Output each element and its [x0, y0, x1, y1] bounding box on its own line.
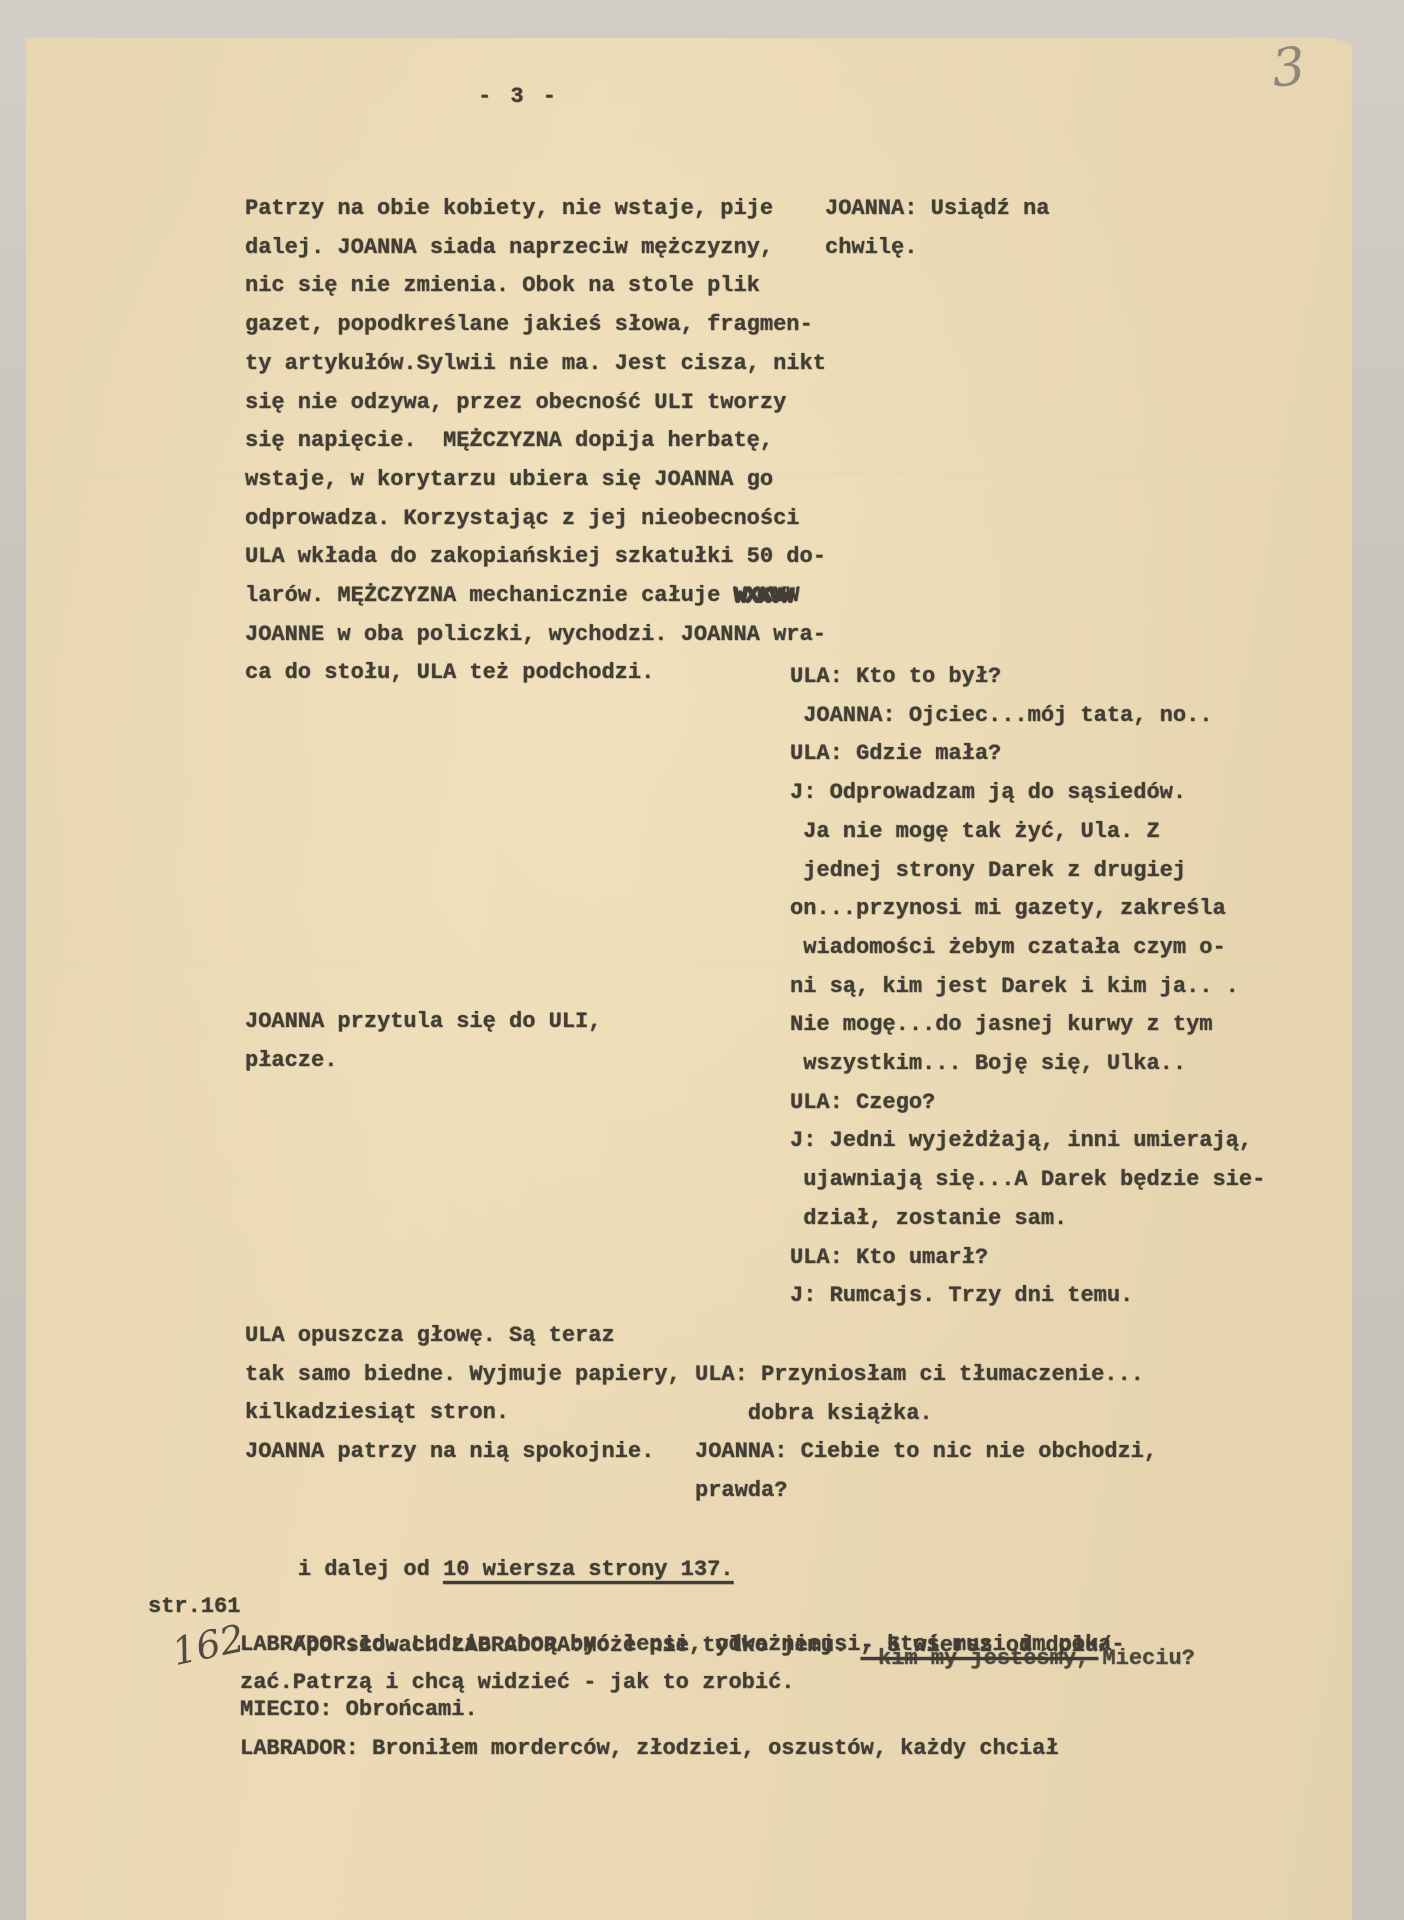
typewritten-line: J: Jedni wyjeżdżają, inni umierają,: [790, 1122, 1265, 1161]
lower-dialogue-right: ULA: Przyniosłam ci tłumaczenie... dobra…: [695, 1356, 1157, 1511]
typewritten-line: J: Odprowadzam ją do sąsiedów.: [790, 774, 1265, 813]
typewritten-line: Ja nie mogę tak żyć, Ula. Z: [790, 813, 1265, 852]
typewritten-line: prawda?: [695, 1472, 1157, 1511]
reference-prefix: i dalej od: [298, 1557, 443, 1582]
typewritten-line: JOANNA: Usiądź na: [825, 190, 1049, 229]
typewritten-line: płacze.: [245, 1042, 601, 1081]
typewritten-line: Patrzy na obie kobiety, nie wstaje, pije: [245, 190, 826, 229]
typewritten-line: ty artykułów.Sylwii nie ma. Jest cisza, …: [245, 345, 826, 384]
typewritten-line: ULA: Kto to był?: [790, 658, 1265, 697]
typewritten-line: jednej strony Darek z drugiej: [790, 852, 1265, 891]
typewritten-line: ULA: Kto umarł?: [790, 1239, 1265, 1278]
paper-sheet: - 3 - 3 Patrzy na obie kobiety, nie wsta…: [26, 38, 1352, 1920]
typewritten-line: ca do stołu, ULA też podchodzi.: [245, 654, 826, 693]
stage-note-left: JOANNA przytula się do ULI,płacze.: [245, 1003, 601, 1080]
typewritten-line: chwilę.: [825, 229, 1049, 268]
handwritten-page-number: 3: [1269, 36, 1308, 99]
typewritten-line: JOANNE w oba policzki, wychodzi. JOANNA …: [245, 616, 826, 655]
typewritten-line: dobra książka.: [695, 1395, 1157, 1434]
typewritten-line: wstaje, w korytarzu ubiera się JOANNA go: [245, 461, 826, 500]
scanned-script-page: { "page": { "typed_page_number": "- 3 -"…: [0, 0, 1404, 1920]
typewritten-line: ni są, kim jest Darek i kim ja.. .: [790, 968, 1265, 1007]
typewritten-line: kilkadziesiąt stron.: [245, 1394, 681, 1433]
reference-underlined: 10 wiersza strony 137.: [443, 1557, 733, 1582]
typewritten-line: wiadomości żebym czatała czym o-: [790, 929, 1265, 968]
typewritten-line: Nie mogę...do jasnej kurwy z tym: [790, 1006, 1265, 1045]
dialogue-intro-right: JOANNA: Usiądź nachwilę.: [825, 190, 1049, 267]
typewritten-line: ULA: Gdzie mała?: [790, 735, 1265, 774]
overstruck-word: WXKVW: [734, 578, 793, 617]
bottom-line-4: MIECIO: Obrońcami.: [240, 1691, 478, 1730]
typewritten-line: nic się nie zmienia. Obok na stole plik: [245, 267, 826, 306]
typewritten-line: się nie odzywa, przez obecność ULI tworz…: [245, 384, 826, 423]
typewritten-line: on...przynosi mi gazety, zakreśla: [790, 890, 1265, 929]
typewritten-line: JOANNA przytula się do ULI,: [245, 1003, 601, 1042]
typewritten-line: wszystkim... Boję się, Ulka..: [790, 1045, 1265, 1084]
typewritten-line: JOANNA: Ojciec...mój tata, no..: [790, 697, 1265, 736]
typewritten-line: ULA: Czego?: [790, 1084, 1265, 1123]
typewritten-line: ULA opuszcza głowę. Są teraz: [245, 1317, 681, 1356]
typewritten-line: tak samo biedne. Wyjmuje papiery,: [245, 1356, 681, 1395]
typewritten-line: dział, zostanie sam.: [790, 1200, 1265, 1239]
typewritten-line: gazet, popodkreślane jakieś słowa, fragm…: [245, 306, 826, 345]
typewritten-line: dalej. JOANNA siada naprzeciw mężczyzny,: [245, 229, 826, 268]
action-block-left: Patrzy na obie kobiety, nie wstaje, pije…: [245, 190, 826, 693]
typewritten-line: ULA wkłada do zakopiańskiej szkatułki 50…: [245, 538, 826, 577]
typewritten-line: JOANNA: Ciebie to nic nie obchodzi,: [695, 1433, 1157, 1472]
lower-action-left: ULA opuszcza głowę. Są teraztak samo bie…: [245, 1317, 681, 1472]
page-number: - 3 -: [478, 78, 559, 117]
typewritten-line: się napięcie. MĘŻCZYZNA dopija herbatę,: [245, 422, 826, 461]
bottom-line-5: LABRADOR: Broniłem morderców, złodziei, …: [240, 1730, 1059, 1769]
typewritten-line: ULA: Przyniosłam ci tłumaczenie...: [695, 1356, 1157, 1395]
typewritten-line: ujawniają się...A Darek będzie sie-: [790, 1161, 1265, 1200]
typewritten-line: odprowadza. Korzystając z jej nieobecnoś…: [245, 500, 826, 539]
typewritten-line: JOANNA patrzy na nią spokojnie.: [245, 1433, 681, 1472]
overtyped-line: kim my jesteśmy, Mieciu?: [878, 1640, 1195, 1679]
typewritten-line: J: Rumcajs. Trzy dni temu.: [790, 1277, 1265, 1316]
dialogue-block: ULA: Kto to był? JOANNA: Ojciec...mój ta…: [790, 658, 1265, 1316]
